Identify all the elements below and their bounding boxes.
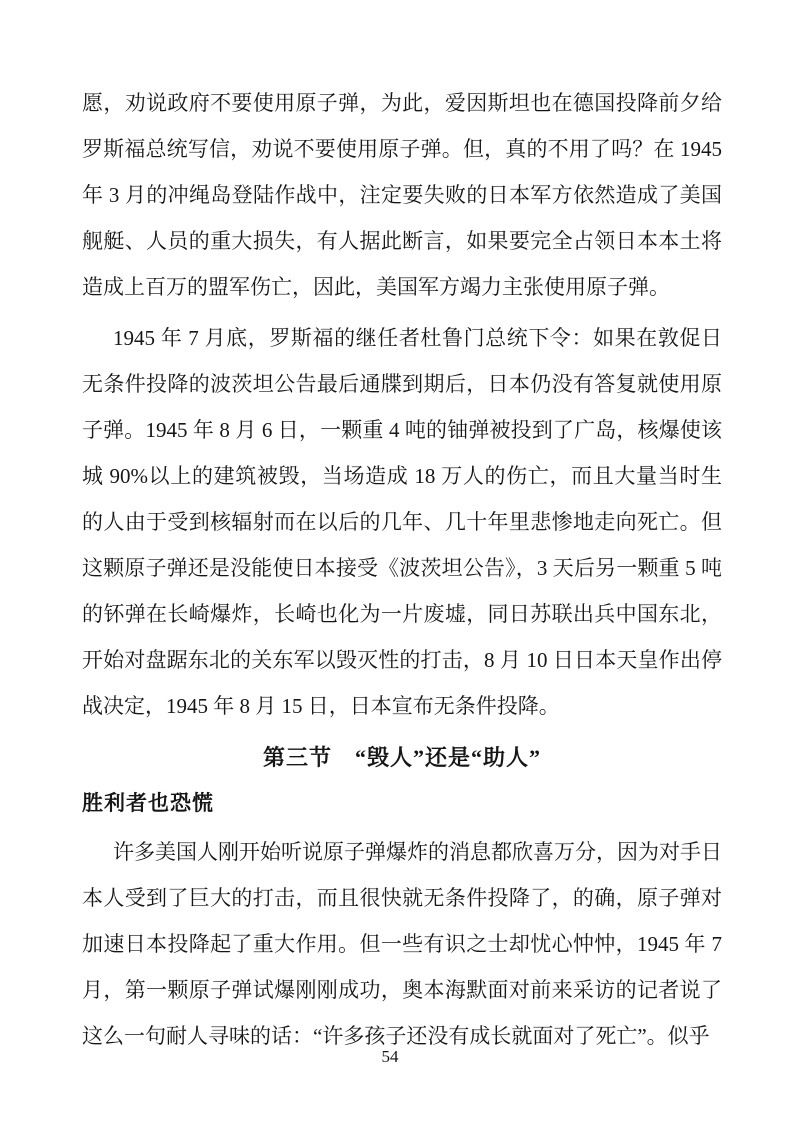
page-number: 54	[0, 1047, 780, 1067]
paragraph-line: 无条件投降的波茨坦公告最后通牒到期后，日本仍没有答复就使用原	[82, 361, 722, 407]
subsection-heading: 胜利者也恐慌	[82, 789, 722, 819]
paragraph-line: 战决定，1945 年 8 月 15 日，日本宣布无条件投降。	[82, 683, 722, 729]
paragraph-line: 造成上百万的盟军伤亡，因此，美国军方竭力主张使用原子弹。	[82, 264, 722, 310]
paragraph-line: 舰艇、人员的重大损失，有人据此断言，如果要完全占领日本本土将	[82, 218, 722, 264]
paragraph-line: 罗斯福总统写信，劝说不要使用原子弹。但，真的不用了吗？在 1945	[82, 126, 722, 172]
paragraph-line: 子弹。1945 年 8 月 6 日，一颗重 4 吨的铀弹被投到了广岛，核爆使该	[82, 407, 722, 453]
paragraph-line: 许多美国人刚开始听说原子弹爆炸的消息都欣喜万分，因为对手日	[82, 829, 722, 875]
paragraph-line: 城 90%以上的建筑被毁，当场造成 18 万人的伤亡，而且大量当时生还	[82, 453, 722, 499]
paragraph-line: 本人受到了巨大的打击，而且很快就无条件投降了，的确，原子弹对	[82, 875, 722, 921]
page-content: 愿，劝说政府不要使用原子弹，为此，爱因斯坦也在德国投降前夕给罗斯福总统写信，劝说…	[82, 80, 722, 1059]
paragraph-line: 愿，劝说政府不要使用原子弹，为此，爱因斯坦也在德国投降前夕给	[82, 80, 722, 126]
paragraph-line: 月，第一颗原子弹试爆刚刚成功，奥本海默面对前来采访的记者说了	[82, 967, 722, 1013]
document-page: 愿，劝说政府不要使用原子弹，为此，爱因斯坦也在德国投降前夕给罗斯福总统写信，劝说…	[0, 0, 800, 1136]
body-paragraph: 愿，劝说政府不要使用原子弹，为此，爱因斯坦也在德国投降前夕给罗斯福总统写信，劝说…	[82, 80, 722, 310]
body-paragraph: 许多美国人刚开始听说原子弹爆炸的消息都欣喜万分，因为对手日本人受到了巨大的打击，…	[82, 829, 722, 1059]
body-paragraph: 1945 年 7 月底，罗斯福的继任者杜鲁门总统下令：如果在敦促日本无条件投降的…	[82, 315, 722, 729]
paragraph-line: 的人由于受到核辐射而在以后的几年、几十年里悲惨地走向死亡。但	[82, 499, 722, 545]
paragraph-line: 1945 年 7 月底，罗斯福的继任者杜鲁门总统下令：如果在敦促日本	[82, 315, 722, 361]
paragraph-line: 的钚弹在长崎爆炸，长崎也化为一片废墟，同日苏联出兵中国东北，	[82, 591, 722, 637]
section-heading: 第三节 “毁人”还是“助人”	[82, 741, 722, 775]
paragraph-line: 这颗原子弹还是没能使日本接受《波茨坦公告》，3 天后另一颗重 5 吨	[82, 545, 722, 591]
paragraph-line: 加速日本投降起了重大作用。但一些有识之士却忧心忡忡，1945 年 7	[82, 921, 722, 967]
paragraph-line: 开始对盘踞东北的关东军以毁灭性的打击，8 月 10 日日本天皇作出停	[82, 637, 722, 683]
paragraph-line: 年 3 月的冲绳岛登陆作战中，注定要失败的日本军方依然造成了美国	[82, 172, 722, 218]
